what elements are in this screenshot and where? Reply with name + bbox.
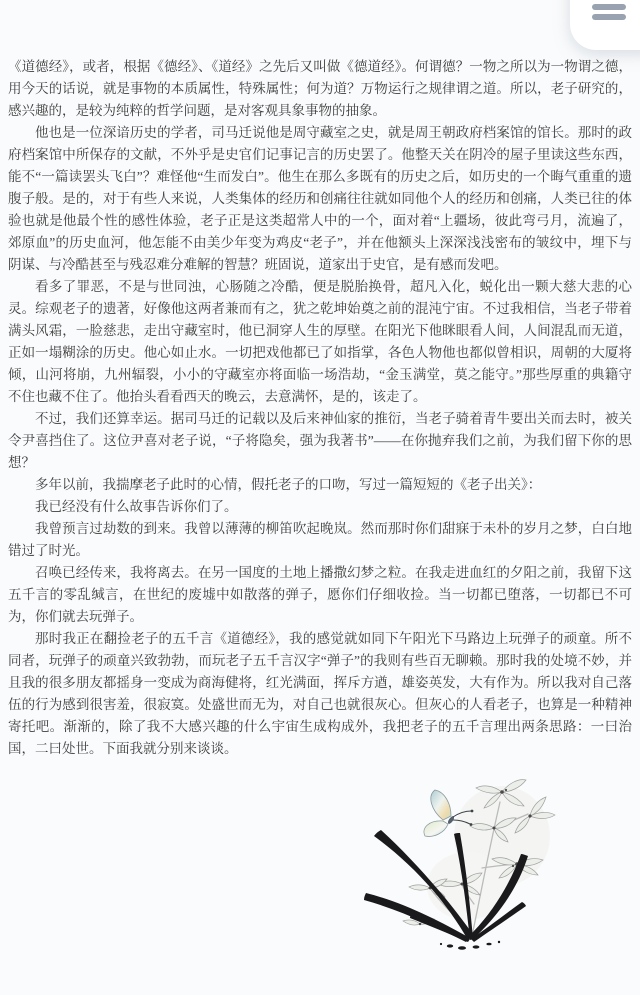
- paragraph: 看多了罪恶，不是与世同浊，心肠随之冷酷，便是脱胎换骨，超凡入化，蜕化出一颗大慈大…: [8, 276, 632, 408]
- hamburger-icon: [592, 0, 626, 20]
- ground-dots: [440, 941, 500, 950]
- paragraph: 他也是一位深谙历史的学者，司马迁说他是周守藏室之史，就是周王朝政府档案馆的馆长。…: [8, 122, 632, 276]
- paragraph: 那时我正在翻捡老子的五千言《道德经》，我的感觉就如同下午阳光下马路边上玩弹子的顽…: [8, 628, 632, 760]
- menu-button[interactable]: [570, 0, 640, 50]
- article-text: 《道德经》，或者，根据《德经》、《道经》之先后又叫做《德道经》。何谓德？一物之所…: [8, 56, 632, 760]
- paragraph: 我曾预言过劫数的到来。我曾以薄薄的柳笛吹起晚岚。然而那时你们甜寐于未朴的岁月之梦…: [8, 518, 632, 562]
- ink-orchid-painting: [362, 776, 567, 954]
- paragraph: 不过，我们还算幸运。据司马迁的记载以及后来神仙家的推衍，当老子骑着青牛要出关而去…: [8, 408, 632, 474]
- paragraph: 多年以前，我揣摩老子此时的心情，假托老子的口吻，写过一篇短短的《老子出关》：: [8, 474, 632, 496]
- hamburger-bar: [592, 4, 626, 10]
- paragraph: 召唤已经传来，我将离去。在另一国度的土地上播撒幻梦之粒。在我走进血红的夕阳之前，…: [8, 562, 632, 628]
- paragraph: 我已经没有什么故事告诉你们了。: [8, 496, 632, 518]
- paragraph: 《道德经》，或者，根据《德经》、《道经》之先后又叫做《德道经》。何谓德？一物之所…: [8, 56, 632, 122]
- hamburger-bar: [592, 14, 626, 20]
